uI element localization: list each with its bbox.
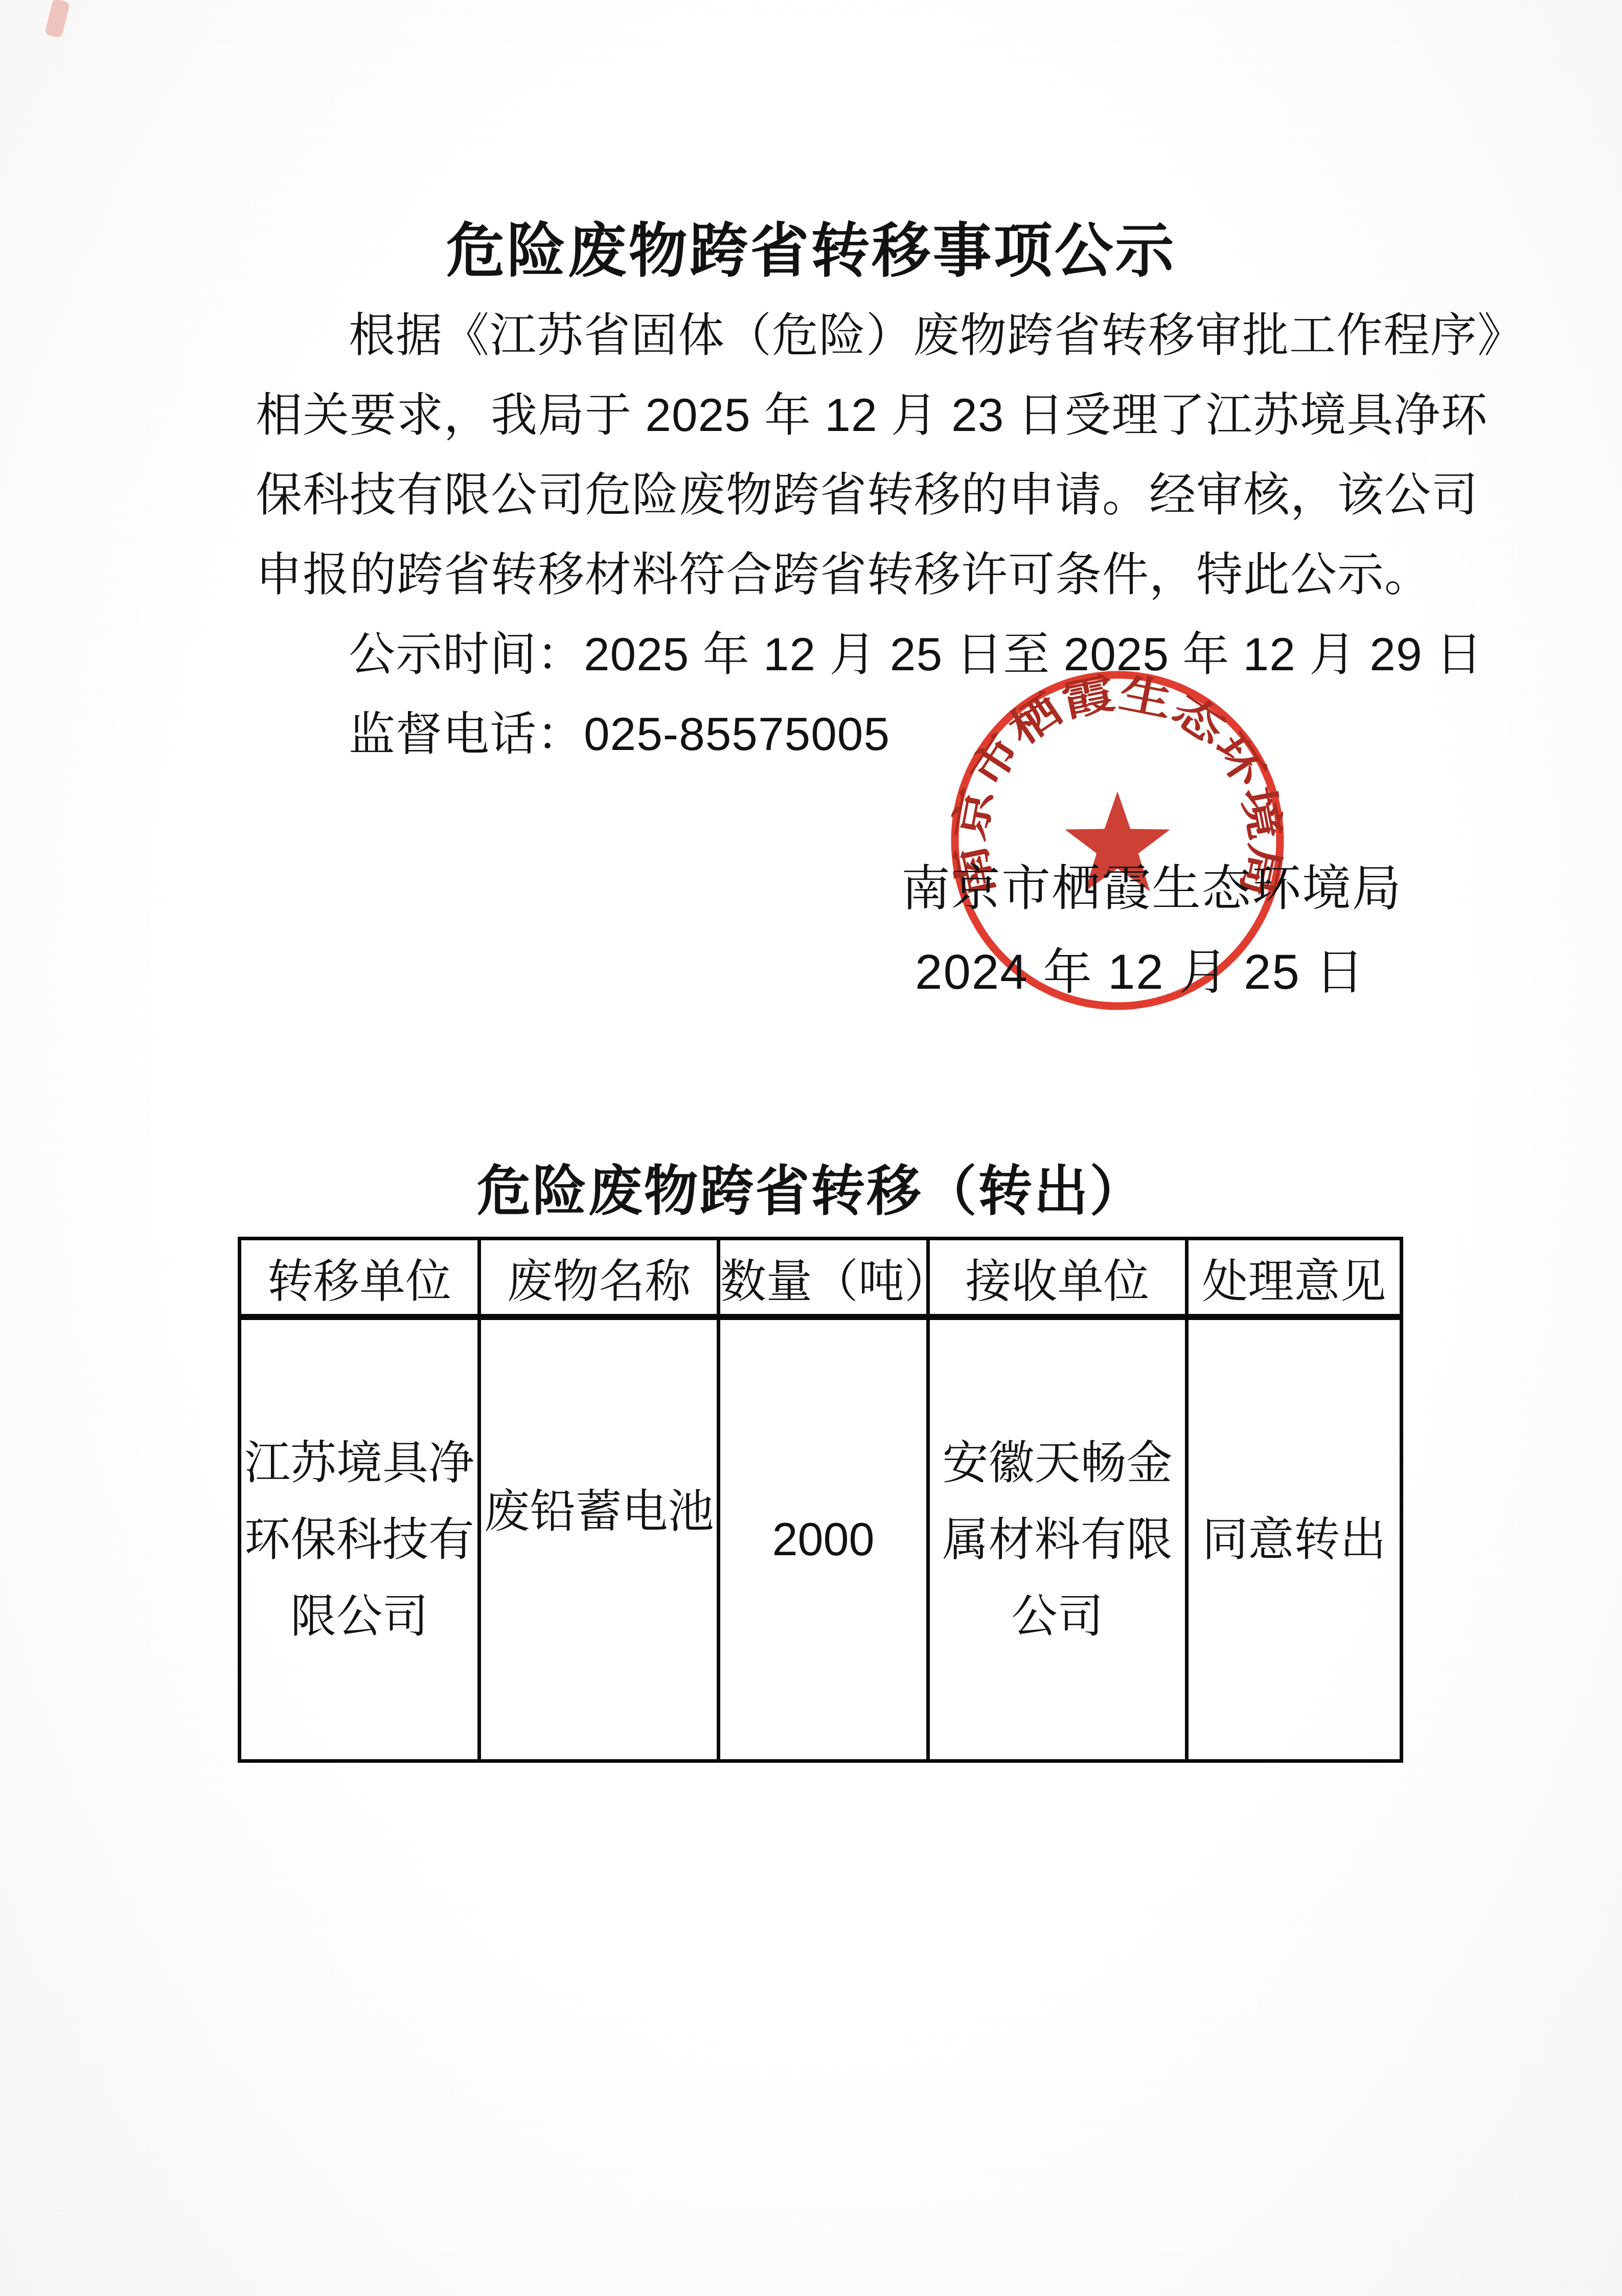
paragraph-line-2: 相关要求，我局于 2025 年 12 月 23 日受理了江苏境具净环 <box>256 376 1396 456</box>
paragraph-line-3: 保科技有限公司危险废物跨省转移的申请。经审核，该公司 <box>256 456 1396 535</box>
col-header-opinion: 处理意见 <box>1187 1239 1402 1317</box>
document-title: 危险废物跨省转移事项公示 <box>0 203 1622 288</box>
cell-receiver: 安徽天畅金 属材料有限 公司 <box>928 1317 1187 1761</box>
table-row: 江苏境具净 环保科技有 限公司 废铅蓄电池 2000 安徽天畅金 属材料有限 公… <box>240 1317 1402 1761</box>
table-section-title: 危险废物跨省转移（转出） <box>0 1148 1622 1225</box>
paragraph-line-4: 申报的跨省转移材料符合跨省转移许可条件，特此公示。 <box>256 535 1396 615</box>
paragraph-line-1: 根据《江苏省固体（危险）废物跨省转移审批工作程序》 <box>256 296 1396 376</box>
cell-transfer-unit: 江苏境具净 环保科技有 限公司 <box>240 1317 479 1761</box>
transfer-table: 转移单位 废物名称 数量（吨） 接收单位 处理意见 江苏境具净 环保科技有 限公… <box>238 1237 1403 1763</box>
cell-waste-name: 废铅蓄电池 <box>479 1317 719 1761</box>
col-header-quantity: 数量（吨） <box>719 1239 928 1317</box>
scan-artifact <box>44 0 70 38</box>
issue-date: 2024 年 12 月 25 日 <box>915 947 1365 998</box>
cell-opinion: 同意转出 <box>1187 1317 1402 1761</box>
cell-quantity: 2000 <box>719 1317 928 1761</box>
col-header-waste-name: 废物名称 <box>479 1239 719 1317</box>
col-header-receiver: 接收单位 <box>928 1239 1187 1317</box>
document-page: 危险废物跨省转移事项公示 根据《江苏省固体（危险）废物跨省转移审批工作程序》 相… <box>0 0 1622 2296</box>
table-header-row: 转移单位 废物名称 数量（吨） 接收单位 处理意见 <box>240 1239 1402 1317</box>
issuer-name: 南京市栖霞生态环境局 <box>901 863 1402 914</box>
col-header-transfer-unit: 转移单位 <box>240 1239 479 1317</box>
